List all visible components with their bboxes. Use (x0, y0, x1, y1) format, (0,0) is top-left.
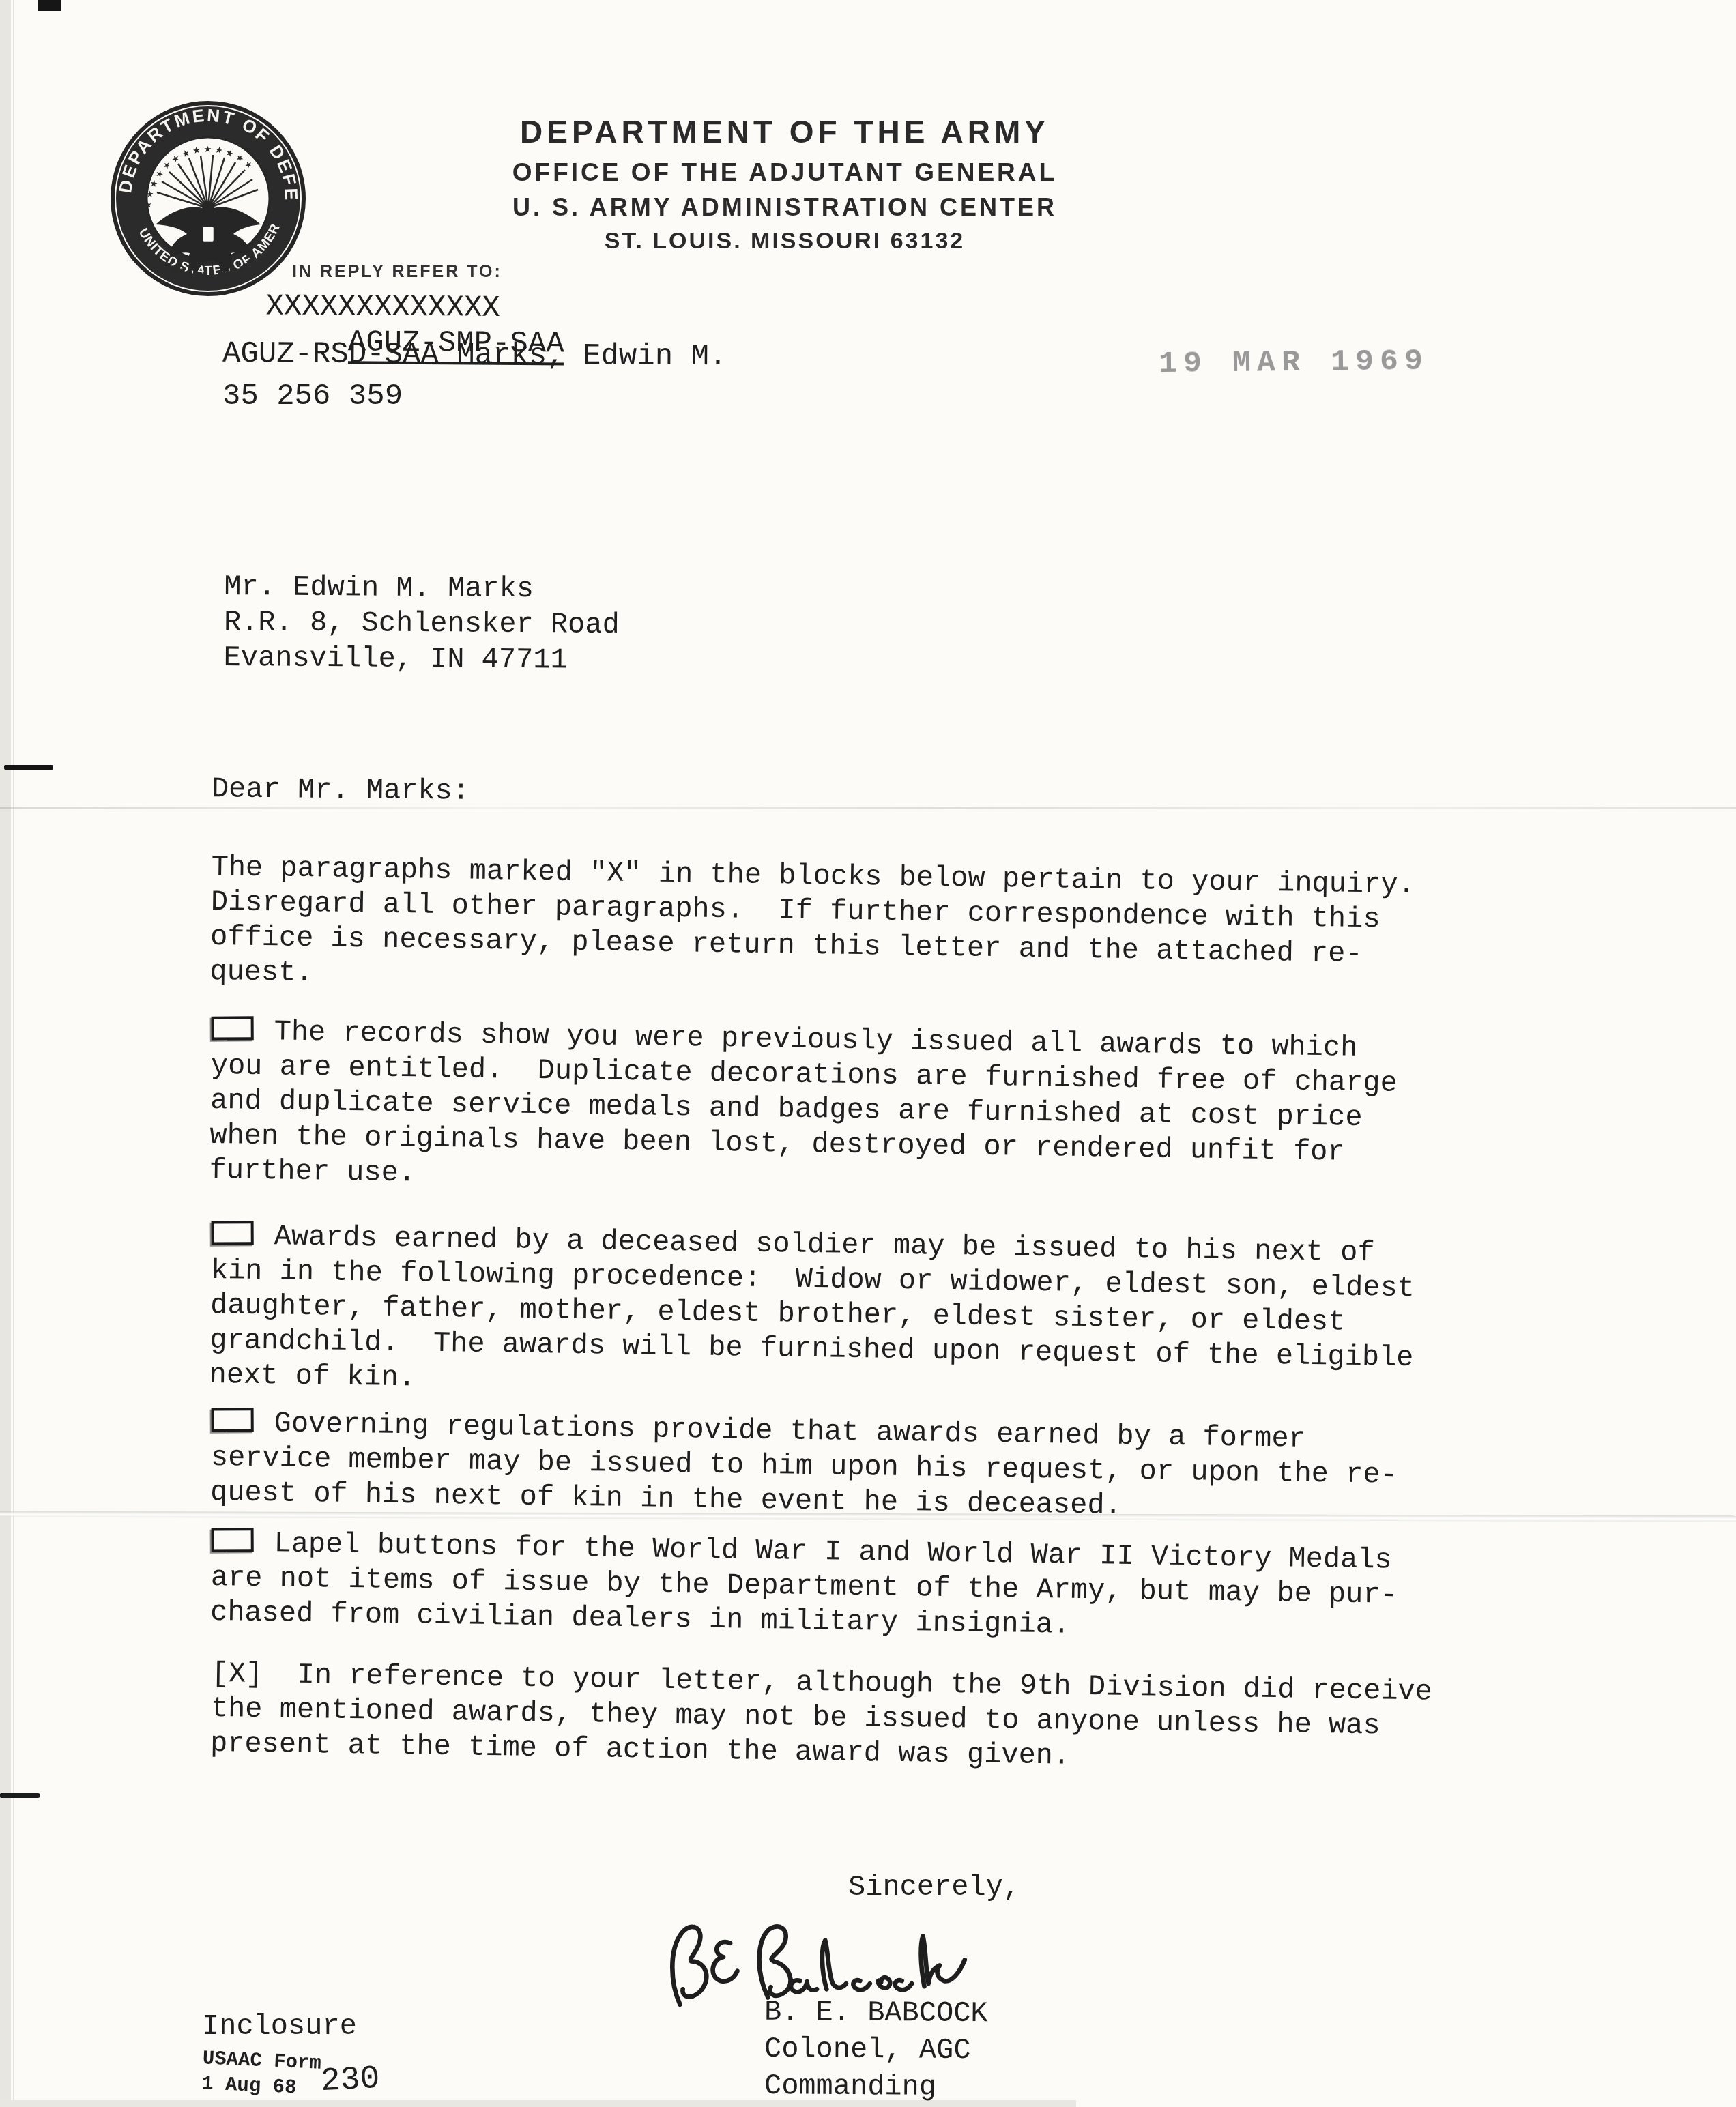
department-of-defense-seal-icon: DEPARTMENT OF DEFENSE UNITED STATES OF A… (102, 91, 315, 306)
empty-checkbox (212, 1016, 254, 1040)
reference-case-line: AGUZ-RSD-SAA Marks, Edwin M. (222, 337, 727, 375)
form-identifier: USAAC Form 1 Aug 68 (201, 2046, 321, 2102)
signer-title: Commanding (764, 2069, 936, 2104)
fold-mark-upper (4, 765, 53, 770)
paragraph-deceased: Awards earned by a deceased soldier may … (209, 1219, 1508, 1412)
intro-paragraph: The paragraphs marked "X" in the blocks … (209, 850, 1508, 1008)
paragraph-records: The records show you were previously iss… (209, 1014, 1508, 1207)
signer-rank: Colonel, AGC (764, 2033, 971, 2067)
closing-sincerely: Sincerely, (848, 1871, 1020, 1904)
inclosure-note: Inclosure (202, 2010, 357, 2043)
signer-name: B. E. BABCOCK (764, 1996, 988, 2030)
scan-corner-mark (38, 0, 61, 11)
form-number: 230 (320, 2061, 381, 2100)
paragraph-regulations: Governing regulations provide that award… (210, 1406, 1508, 1529)
paragraph-marked-x: [X] In reference to your letter, althoug… (210, 1657, 1508, 1780)
empty-checkbox (212, 1408, 254, 1432)
salutation: Dear Mr. Marks: (212, 772, 469, 807)
date-stamp: 19 MAR 1969 (1159, 344, 1430, 381)
strikeout-x-overlay: XXXXXXXXXXXXX (265, 289, 500, 325)
empty-checkbox (212, 1221, 254, 1245)
service-number: 35 256 359 (222, 379, 403, 413)
agency-name: DEPARTMENT OF THE ARMY (396, 113, 1174, 150)
paper-left-edge (0, 0, 11, 2107)
agency-office: OFFICE OF THE ADJUTANT GENERAL (396, 158, 1174, 187)
paragraph-lapel-buttons: Lapel buttons for the World War I and Wo… (210, 1526, 1508, 1649)
recipient-address: Mr. Edwin M. Marks R.R. 8, Schlensker Ro… (223, 569, 620, 678)
fold-crease-upper (0, 807, 1736, 809)
form-date: 1 Aug 68 (201, 2071, 320, 2102)
scanned-army-letter: DEPARTMENT OF DEFENSE UNITED STATES OF A… (0, 0, 1736, 2107)
in-reply-refer-label: IN REPLY REFER TO: (292, 262, 502, 282)
empty-checkbox (212, 1528, 254, 1552)
agency-address: ST. LOUIS. MISSOURI 63132 (396, 228, 1174, 255)
letterhead-masthead: DEPARTMENT OF THE ARMY OFFICE OF THE ADJ… (396, 113, 1174, 255)
agency-center: U. S. ARMY ADMINISTRATION CENTER (396, 193, 1174, 222)
fold-mark-lower (0, 1793, 40, 1798)
paper-edge-line (13, 0, 14, 2107)
